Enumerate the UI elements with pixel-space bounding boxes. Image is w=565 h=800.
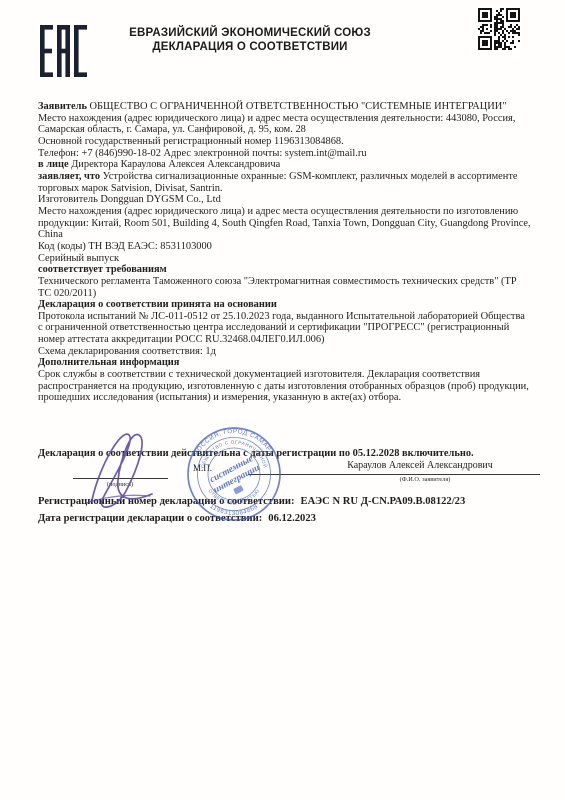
paragraph: Основной государственный регистрационный… (38, 136, 532, 148)
registration-date-line: Дата регистрации декларации о соответств… (38, 513, 543, 524)
paragraph: заявляет, что Устройства сигнализационны… (38, 171, 532, 194)
paragraph-text: Директора Караулова Алексея Александрови… (69, 159, 281, 170)
paragraph: Декларация о соответствии принята на осн… (38, 299, 532, 311)
paragraph-text: Схема декларирования соответствия: 1д (38, 346, 216, 357)
mp-seal-label: М.П. (193, 463, 212, 473)
name-line (248, 473, 540, 475)
paragraph: Схема декларирования соответствия: 1д (38, 346, 532, 358)
signature-block: Караулов Алексей Александрович М.П. (под… (38, 455, 543, 500)
title-line-1: ЕВРАЗИЙСКИЙ ЭКОНОМИЧЕСКИЙ СОЮЗ (85, 26, 415, 40)
registration-number-line: Регистрационный номер декларации о соотв… (38, 496, 543, 507)
paragraph: Протокола испытаний № ЛС-011-0512 от 25.… (38, 311, 532, 346)
paragraph-text: Место нахождения (адрес юридического лиц… (38, 113, 515, 136)
paragraph-text: Основной государственный регистрационный… (38, 136, 344, 147)
declaration-body: Заявитель ОБЩЕСТВО С ОГРАНИЧЕННОЙ ОТВЕТС… (38, 101, 532, 404)
paragraph: Место нахождения (адрес юридического лиц… (38, 113, 532, 136)
page-title: ЕВРАЗИЙСКИЙ ЭКОНОМИЧЕСКИЙ СОЮЗ ДЕКЛАРАЦИ… (85, 26, 415, 54)
paragraph-text: Телефон: +7 (846)990-18-02 Адрес электро… (38, 148, 367, 159)
paragraph: Код (коды) ТН ВЭД ЕАЭС: 8531103000 (38, 241, 532, 253)
paragraph-label: Декларация о соответствии принята на осн… (38, 299, 277, 310)
paragraph: Серийный выпуск (38, 253, 532, 265)
reg-number-label: Регистрационный номер декларации о соотв… (38, 496, 295, 507)
signature-line (73, 477, 168, 479)
paragraph-text: Технического регламента Таможенного союз… (38, 276, 517, 299)
paragraph: Срок службы в соответствии с технической… (38, 369, 532, 404)
paragraph: Дополнительная информация (38, 357, 532, 369)
paragraph-text: Код (коды) ТН ВЭД ЕАЭС: 8531103000 (38, 241, 212, 252)
reg-number-value: ЕАЭС N RU Д-CN.РА09.В.08122/23 (301, 496, 466, 507)
declaration-document: ЕАС ЕВРАЗИЙСКИЙ ЭКОНОМИЧЕСКИЙ СОЮЗ (0, 0, 565, 800)
paragraph-text: Место нахождения (адрес юридического лиц… (38, 206, 531, 240)
paragraph-label: заявляет, что (38, 171, 100, 182)
paragraph-label: Дополнительная информация (38, 357, 179, 368)
paragraph: Технического регламента Таможенного союз… (38, 276, 532, 299)
paragraph-text: Срок службы в соответствии с технической… (38, 369, 529, 403)
paragraph-text: ОБЩЕСТВО С ОГРАНИЧЕННОЙ ОТВЕТСТВЕННОСТЬЮ… (87, 101, 507, 112)
reg-date-label: Дата регистрации декларации о соответств… (38, 513, 262, 524)
paragraph: Место нахождения (адрес юридического лиц… (38, 206, 532, 241)
qr-code-icon (478, 8, 520, 50)
paragraph-text: Протокола испытаний № ЛС-011-0512 от 25.… (38, 311, 525, 345)
paragraph: в лице Директора Караулова Алексея Алекс… (38, 159, 532, 171)
paragraph: Изготовитель Dongguan DYGSM Co., Ltd (38, 194, 532, 206)
paragraph-text: Изготовитель Dongguan DYGSM Co., Ltd (38, 194, 221, 205)
paragraph: соответствует требованиям (38, 264, 532, 276)
paragraph-text: Устройства сигнализационные охранные: GS… (38, 171, 518, 194)
applicant-name: Караулов Алексей Александрович (295, 460, 545, 471)
fio-caption: (Ф.И.О. заявителя) (365, 476, 485, 483)
title-line-2: ДЕКЛАРАЦИЯ О СООТВЕТСТВИИ (85, 40, 415, 54)
paragraph: Заявитель ОБЩЕСТВО С ОГРАНИЧЕННОЙ ОТВЕТС… (38, 101, 532, 113)
paragraph-label: Заявитель (38, 101, 87, 112)
eac-mark-icon (40, 25, 88, 77)
paragraph-text: Серийный выпуск (38, 253, 119, 264)
signature-caption: (подпись) (90, 481, 150, 488)
paragraph-label: соответствует требованиям (38, 264, 167, 275)
paragraph-label: в лице (38, 159, 69, 170)
eac-mark-logo: ЕАС (40, 25, 88, 77)
reg-date-value: 06.12.2023 (268, 513, 316, 524)
paragraph: Телефон: +7 (846)990-18-02 Адрес электро… (38, 148, 532, 160)
